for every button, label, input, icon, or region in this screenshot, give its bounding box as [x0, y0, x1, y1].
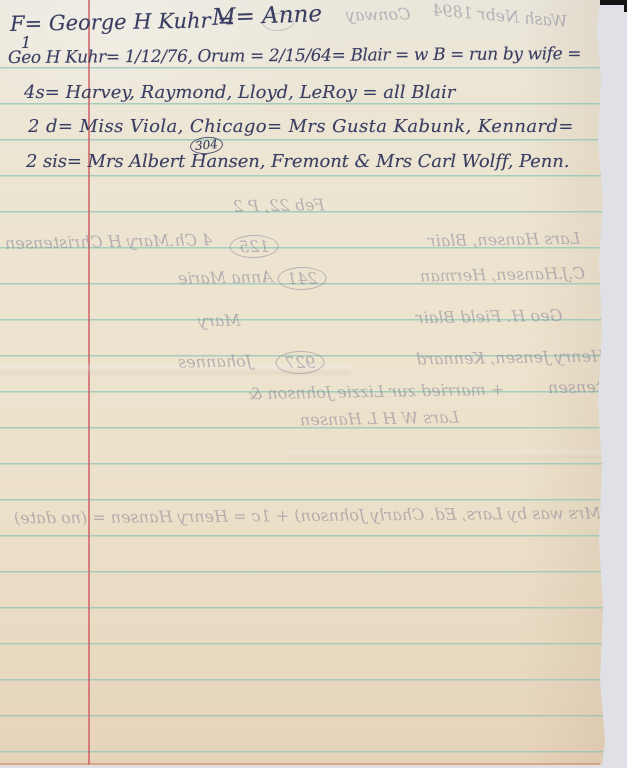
bleedthrough-row-right: Henry Jensen, Kennard [416, 346, 605, 368]
handwriting-line-sons: 4s= Harvey, Raymond, Lloyd, LeRoy = all … [24, 82, 455, 103]
paper-sheet: Wash Nebr 1894 Conway Feb 22, P 2 4 Ch.M… [0, 0, 606, 765]
bleedthrough-row-right: Lars Hansen, Blair [428, 229, 581, 251]
bleedthrough-extra-line: by Christensen [548, 376, 627, 397]
bleedthrough-row-right: Geo H. Field Blair [416, 306, 563, 328]
paper-bottom-edge [0, 763, 600, 766]
handwriting-father-line: F= George H Kuhr = [10, 8, 235, 36]
bleedthrough-corner-note: Wash Nebr 1894 [431, 0, 568, 31]
bleedthrough-row-left: 4 Ch.Mary H Christensen [5, 230, 213, 253]
bleedthrough-row-left: Johannes [178, 351, 253, 371]
handwriting-line-sisters: 2 sis= Mrs Albert Hansen, Fremont & Mrs … [26, 151, 569, 172]
scan-corner-artifact [600, 0, 627, 5]
bleedthrough-row-left: Mary [198, 311, 241, 331]
bleedthrough-row-right: C.J.Hansen, Herman [420, 264, 585, 286]
scanned-page: Wash Nebr 1894 Conway Feb 22, P 2 4 Ch.M… [0, 0, 627, 768]
bleedthrough-row-left: Anna Marie [178, 267, 273, 288]
handwriting-line-daughters: 2 d= Miss Viola, Chicago= Mrs Gusta Kabu… [28, 116, 574, 137]
paper-crease [290, 451, 606, 458]
bleedthrough-extra-line: Lars W H L Hansen [300, 408, 459, 430]
bleedthrough-date-note: Feb 22, P 2 [233, 195, 325, 216]
bleedthrough-script: Conway [346, 4, 411, 24]
red-margin-line [88, 0, 90, 765]
handwriting-mother-line: M= Anne [212, 1, 323, 31]
handwriting-line-dates: Geo H Kuhr= 1/12/76, Orum = 2/15/64= Bla… [8, 44, 581, 68]
